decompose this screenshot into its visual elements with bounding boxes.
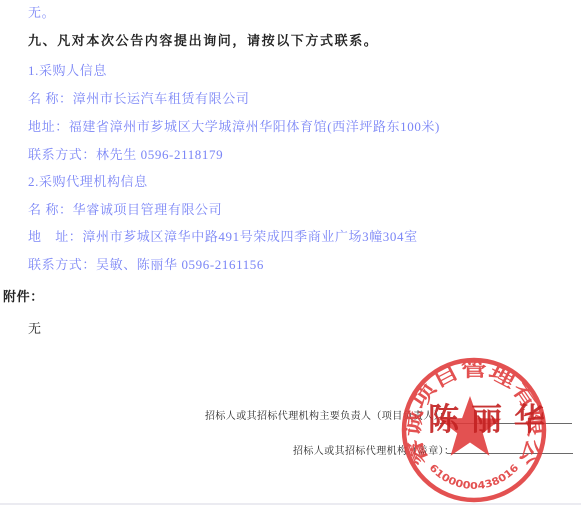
svg-text:6100000438016: 6100000438016 bbox=[427, 463, 522, 492]
agency-address: 地 址：漳州市芗城区漳华中路491号荣成四季商业广场3幢304室 bbox=[28, 226, 418, 245]
section9-heading: 九、凡对本次公告内容提出询问，请按以下方式联系。 bbox=[28, 30, 378, 49]
announcement-page: 无。 九、凡对本次公告内容提出询问，请按以下方式联系。 1.采购人信息 名 称：… bbox=[0, 0, 581, 512]
agency-name: 名 称：华睿诚项目管理有限公司 bbox=[28, 199, 222, 218]
attachment-value: 无 bbox=[28, 318, 42, 337]
purchaser-name: 名 称：漳州市长运汽车租赁有限公司 bbox=[28, 88, 249, 107]
agency-info-heading: 2.采购代理机构信息 bbox=[28, 171, 148, 190]
intro-none-text: 无。 bbox=[28, 2, 55, 21]
seal-serial-number: 6100000438016 bbox=[427, 463, 522, 492]
handwritten-signature: 陈丽华 bbox=[428, 394, 557, 439]
purchaser-info-heading: 1.采购人信息 bbox=[28, 60, 107, 79]
purchaser-contact: 联系方式：林先生 0596-2118179 bbox=[28, 144, 223, 163]
purchaser-address: 地址：福建省漳州市芗城区大学城漳州华阳体育馆(西洋坪路东100米) bbox=[28, 116, 440, 135]
attachment-label: 附件： bbox=[3, 286, 44, 305]
agency-contact: 联系方式：吴敏、陈丽华 0596-2161156 bbox=[28, 254, 264, 273]
